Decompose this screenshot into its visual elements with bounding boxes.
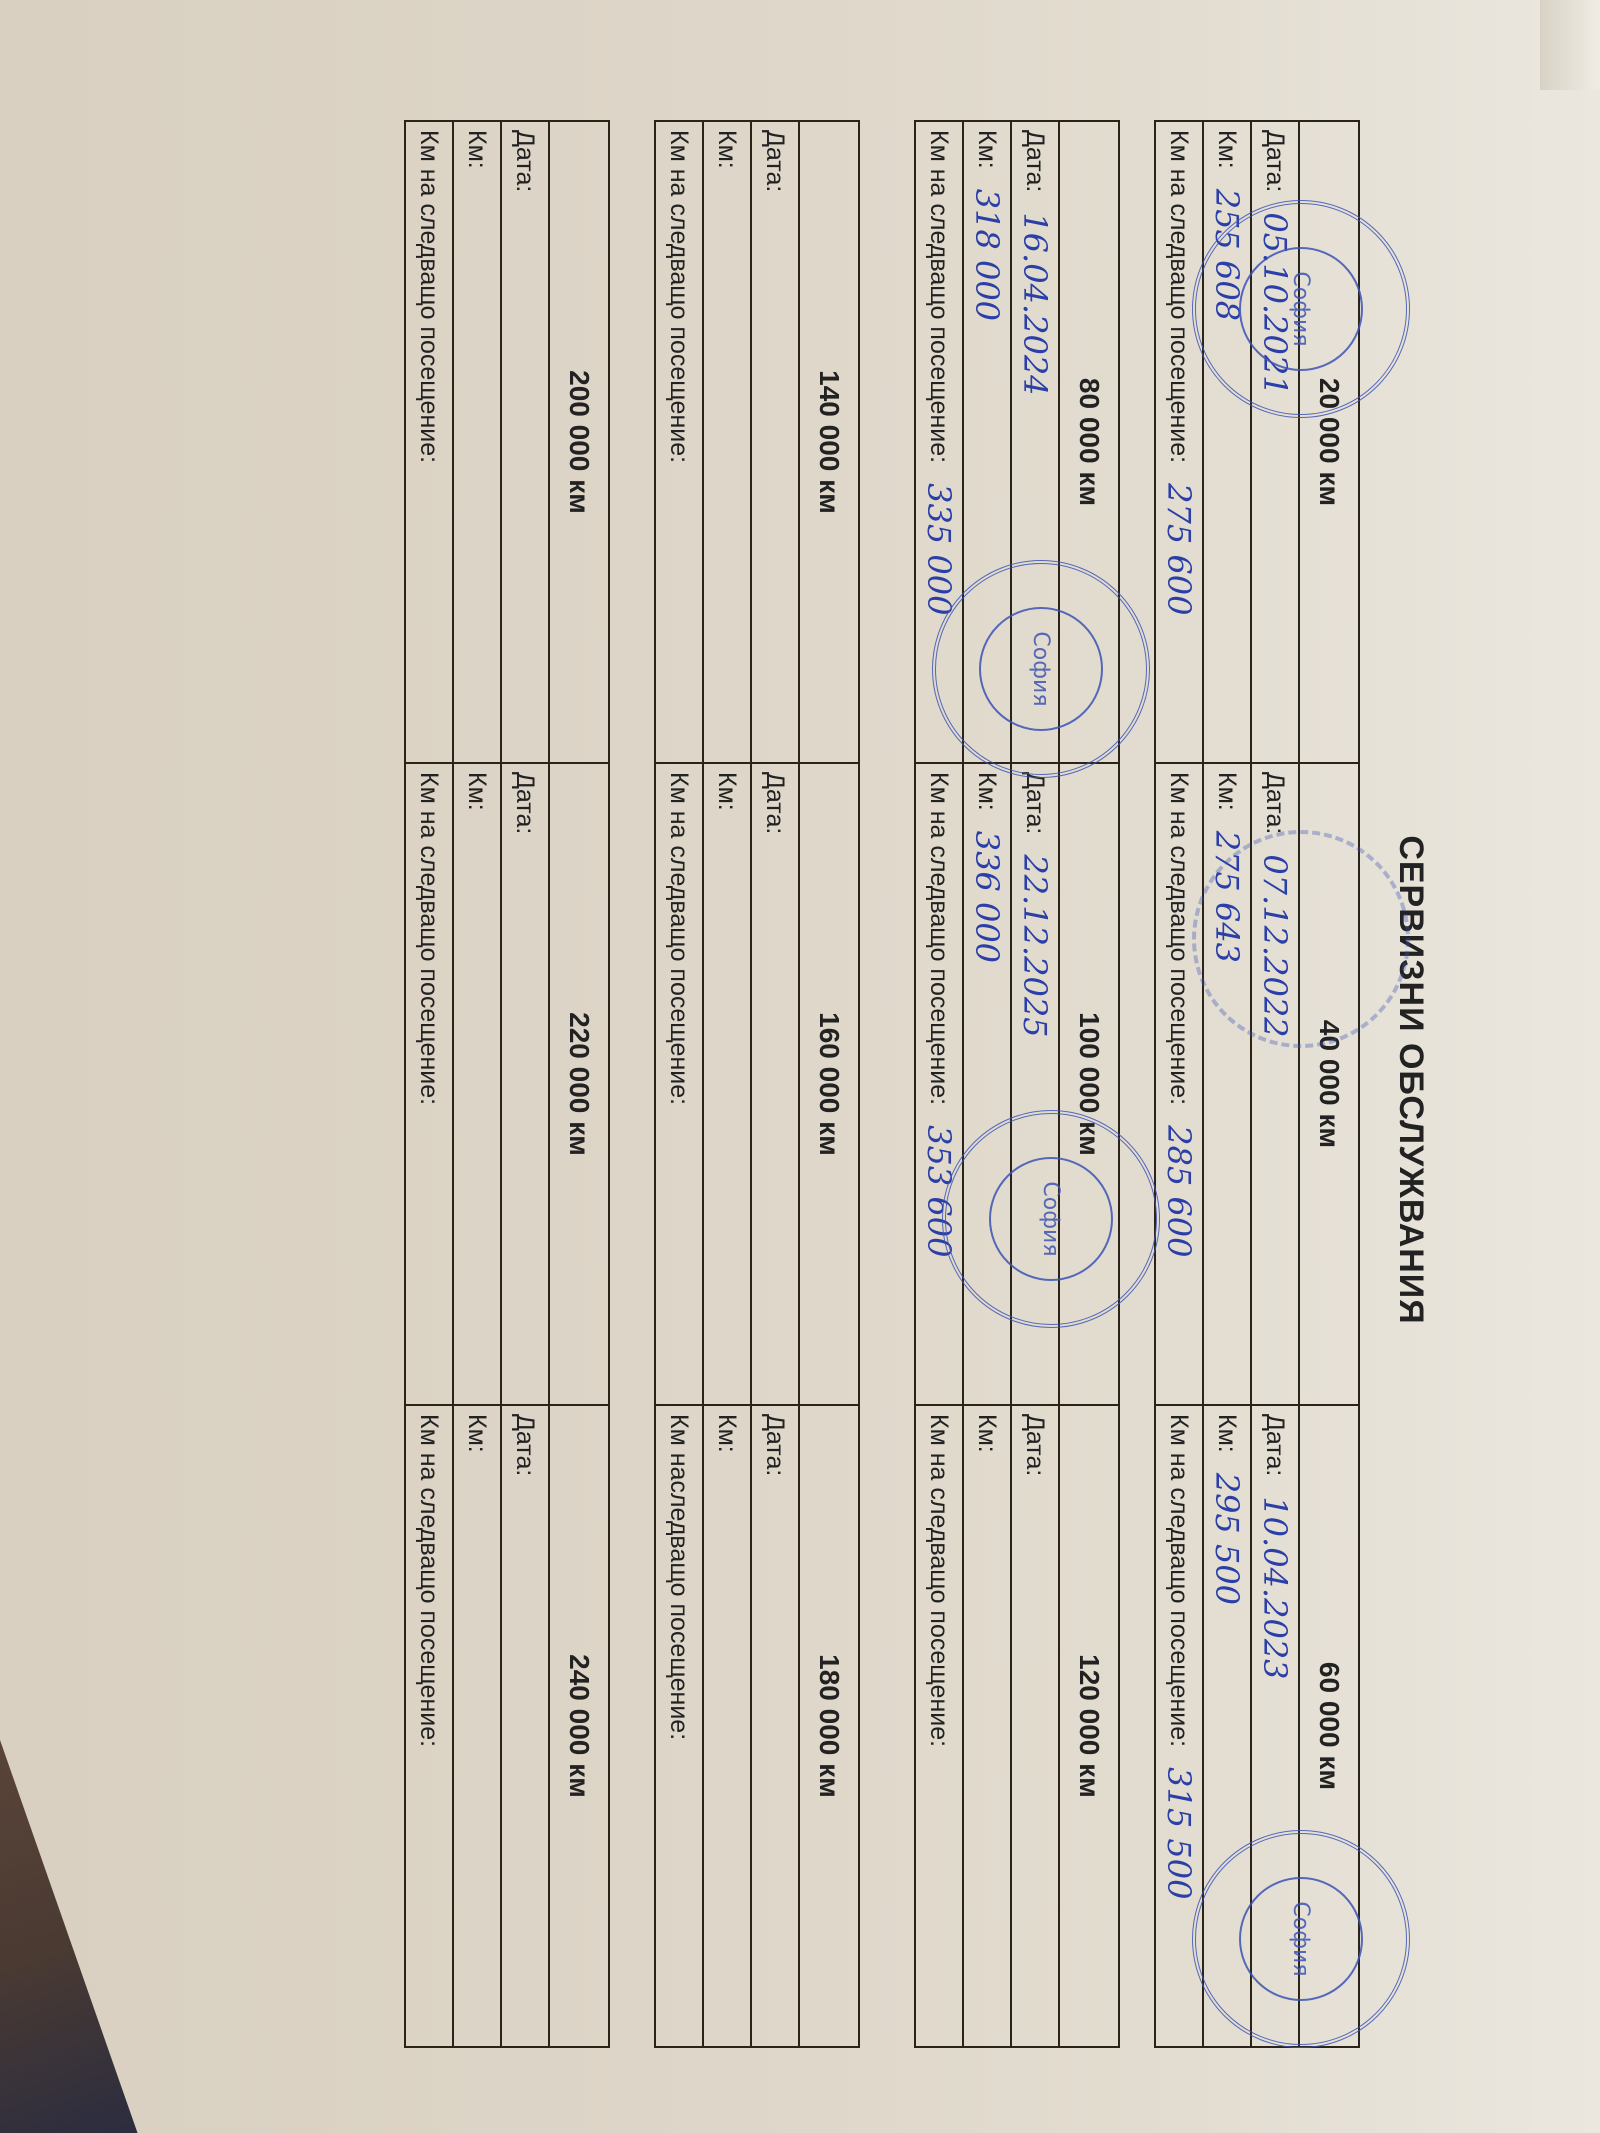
km-label: Км: [713,130,742,169]
date-field[interactable]: Дата: [750,764,798,1404]
date-value: 16.04.2024 [1016,212,1054,395]
service-interval-block: 160 000 кмДата:Км:Км на следващо посещен… [654,764,860,1406]
date-label: Дата: [1261,772,1290,834]
next-visit-label: Км на следващо посещение: [415,1414,444,1747]
km-label: Км: [1213,1414,1242,1453]
next-visit-label: Км наследващо посещение: [665,1414,694,1740]
km-label: Км: [1213,772,1242,811]
km-field[interactable]: Км: [452,764,500,1404]
date-label: Дата: [1021,130,1050,192]
date-field[interactable]: Дата: [500,764,548,1404]
date-value: 22.12.2025 [1016,854,1054,1037]
date-field[interactable]: Дата: [500,122,548,762]
date-label: Дата: [511,130,540,192]
next-visit-label: Км на следващо посещение: [925,1414,954,1747]
next-visit-field[interactable]: Км на следващо посещение: [656,122,702,762]
interval-header: 240 000 км [548,1406,608,2046]
next-visit-label: Км на следващо посещение: [415,772,444,1105]
date-value: 10.04.2023 [1256,1496,1294,1679]
booklet-cover-edge [0,1740,140,2133]
km-label: Км: [713,772,742,811]
date-label: Дата: [1021,772,1050,834]
date-label: Дата: [1261,130,1290,192]
date-field[interactable]: Дата: [750,122,798,762]
next-visit-label: Км на следващо посещение: [665,772,694,1105]
km-label: Км: [973,1414,1002,1453]
interval-header: 120 000 км [1058,1406,1118,2046]
next-visit-field[interactable]: Км на следващо посещение:353 600 [916,764,962,1404]
km-label: Км: [463,772,492,811]
next-visit-value: 315 500 [1160,1767,1198,1899]
service-table-rotated: СЕРВИЗНИ ОБСЛУЖВАНИЯ 20 000 кмДата:05.10… [150,60,1450,2100]
interval-header: 180 000 км [798,1406,858,2046]
company-stamp: София [1192,200,1410,418]
company-stamp: София [932,560,1150,778]
next-visit-label: Км на следващо посещение: [665,130,694,463]
date-field[interactable]: Дата: [750,1406,798,2046]
next-visit-field[interactable]: Км на следващо посещение: [656,764,702,1404]
interval-header: 160 000 км [798,764,858,1404]
date-label: Дата: [761,1414,790,1476]
km-label: Км: [973,772,1002,811]
km-field[interactable]: Км: [452,1406,500,2046]
service-interval-block: 240 000 кмДата:Км:Км на следващо посещен… [404,1406,610,2048]
date-label: Дата: [761,130,790,192]
interval-header: 200 000 км [548,122,608,762]
next-visit-field[interactable]: Км наследващо посещение: [656,1406,702,2046]
next-visit-field[interactable]: Км на следващо посещение: [916,1406,962,2046]
next-visit-label: Км на следващо посещение: [925,772,954,1105]
service-interval-block: 220 000 кмДата:Км:Км на следващо посещен… [404,764,610,1406]
km-label: Км: [463,1414,492,1453]
next-visit-field[interactable]: Км на следващо посещение: [406,1406,452,2046]
next-visit-label: Км на следващо посещение: [925,130,954,463]
next-visit-label: Км на следващо посещение: [1165,772,1194,1105]
date-label: Дата: [761,772,790,834]
next-visit-field[interactable]: Км на следващо посещение:275 600 [1156,122,1202,762]
service-booklet-page: СЕРВИЗНИ ОБСЛУЖВАНИЯ 20 000 кмДата:05.10… [0,0,1600,2133]
next-visit-value: 275 600 [1160,483,1198,615]
km-value: 336 000 [968,831,1006,963]
km-label: Км: [1213,130,1242,169]
date-label: Дата: [511,1414,540,1476]
next-visit-label: Км на следващо посещение: [1165,1414,1194,1747]
row-3: 140 000 кмДата:Км:Км на следващо посещен… [654,120,860,2048]
next-visit-label: Км на следващо посещение: [415,130,444,463]
km-value: 295 500 [1208,1473,1246,1605]
service-interval-block: 200 000 кмДата:Км:Км на следващо посещен… [404,120,610,764]
next-visit-field[interactable]: Км на следващо посещение: [406,122,452,762]
date-field[interactable]: Дата: [1010,1406,1058,2046]
km-field[interactable]: Км: [452,122,500,762]
next-visit-field[interactable]: Км на следващо посещение: [406,764,452,1404]
next-visit-value: 285 600 [1160,1125,1198,1257]
date-label: Дата: [1021,1414,1050,1476]
interval-header: 220 000 км [548,764,608,1404]
km-label: Км: [713,1414,742,1453]
interval-header: 140 000 км [798,122,858,762]
date-label: Дата: [511,772,540,834]
km-label: Км: [973,130,1002,169]
row-4: 200 000 кмДата:Км:Км на следващо посещен… [404,120,610,2048]
km-field[interactable]: Км: [702,122,750,762]
faded-stamp [1192,830,1410,1048]
row-2: 80 000 кмДата:16.04.2024Км:318 000Км на … [914,120,1120,2048]
company-stamp: София [942,1110,1160,1328]
next-visit-value: 335 000 [920,483,958,615]
page-fold [1540,0,1600,90]
km-value: 318 000 [968,189,1006,321]
km-label: Км: [463,130,492,169]
date-label: Дата: [1261,1414,1290,1476]
next-visit-field[interactable]: Км на следващо посещение:285 600 [1156,764,1202,1404]
service-interval-block: 120 000 кмДата:Км:Км на следващо посещен… [914,1406,1120,2048]
service-interval-block: 140 000 кмДата:Км:Км на следващо посещен… [654,120,860,764]
km-field[interactable]: Км: [702,764,750,1404]
date-field[interactable]: Дата: [500,1406,548,2046]
km-field[interactable]: Км: [962,1406,1010,2046]
service-interval-block: 180 000 кмДата:Км:Км наследващо посещени… [654,1406,860,2048]
company-stamp: София [1192,1830,1410,2048]
next-visit-label: Км на следващо посещение: [1165,130,1194,463]
km-field[interactable]: Км: [702,1406,750,2046]
